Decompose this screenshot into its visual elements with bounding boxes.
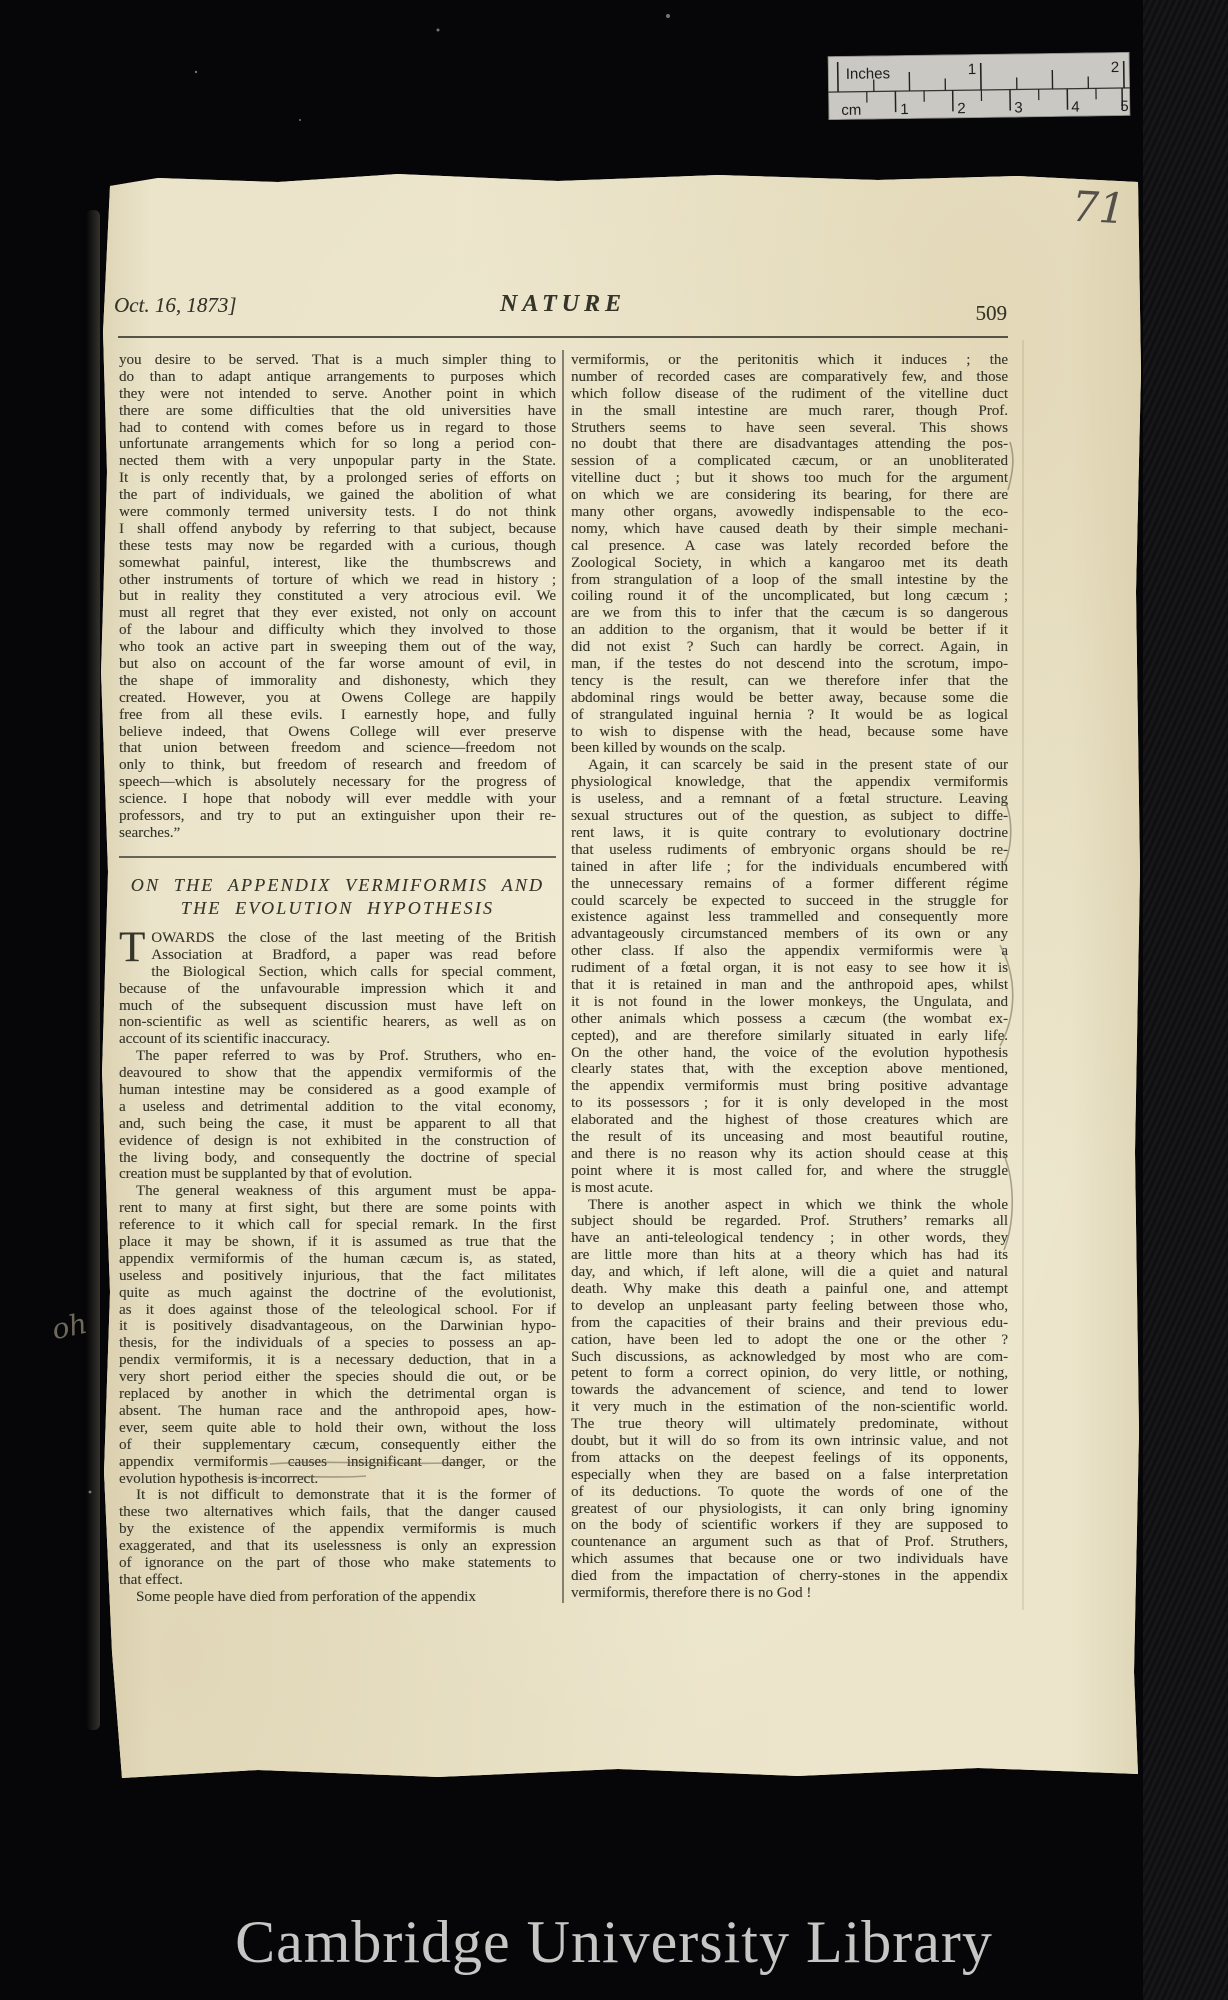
text-line: human intestine may be considered as a g… bbox=[119, 1082, 556, 1099]
paragraph: The paper referred to was by Prof. Strut… bbox=[119, 1048, 556, 1183]
text-line: absent. The human race and the anthropoi… bbox=[119, 1403, 556, 1420]
text-line: and there is no reason why its action sh… bbox=[571, 1146, 1008, 1163]
handwritten-folio-number: 71 bbox=[1071, 182, 1127, 234]
paragraph: TOWARDS the close of the last meeting of… bbox=[119, 930, 556, 1048]
paragraph: you desire to be served. That is a much … bbox=[119, 352, 556, 842]
text-line: The paper referred to was by Prof. Strut… bbox=[119, 1048, 556, 1065]
text-line: believe indeed, that Owens College will … bbox=[119, 724, 556, 741]
text-line: tained in after life ; for the individua… bbox=[571, 859, 1008, 876]
text-line: from strangulation of a loop of the smal… bbox=[571, 572, 1008, 589]
text-line: they were not intended to serve. Another… bbox=[119, 386, 556, 403]
text-line: abdominal rings would be better away, be… bbox=[571, 690, 1008, 707]
text-line: evolution hypothesis is incorrect. bbox=[119, 1471, 556, 1488]
ruler-cm-5: 5 bbox=[1120, 98, 1129, 115]
text-line: that union between freedom and science—f… bbox=[119, 740, 556, 757]
ruler-cm-2: 2 bbox=[957, 100, 966, 117]
text-line: which follow disease of the rudiment of … bbox=[571, 386, 1008, 403]
text-line: subject should be regarded. Prof. Struth… bbox=[571, 1213, 1008, 1230]
dust-speck bbox=[666, 14, 670, 18]
text-line: The general weakness of this argument mu… bbox=[119, 1183, 556, 1200]
text-line: rent laws, it is quite contrary to evolu… bbox=[571, 825, 1008, 842]
article-heading-line2: THE EVOLUTION HYPOTHESIS bbox=[119, 897, 556, 920]
article-right-column: vermiformis, or the peritonitis which it… bbox=[571, 352, 1008, 1602]
text-line: a useless and detrimental addition to th… bbox=[119, 1099, 556, 1116]
text-line: were commonly termed university tests. I… bbox=[119, 504, 556, 521]
text-line: towards the advancement of science, and … bbox=[571, 1382, 1008, 1399]
text-line: useless and positively injurious, that t… bbox=[119, 1268, 556, 1285]
text-line: evidence of design is not exhibited in t… bbox=[119, 1133, 556, 1150]
text-line: elaborated and the highest of those crea… bbox=[571, 1112, 1008, 1129]
text-line: but in reality they constituted a very a… bbox=[119, 588, 556, 605]
text-line: Zoological Society, in which a kangaroo … bbox=[571, 555, 1008, 572]
handwritten-margin-note: oh bbox=[49, 1307, 90, 1347]
text-line: created. However, you at Owens College a… bbox=[119, 690, 556, 707]
text-line: rent to many at first sight, but there a… bbox=[119, 1200, 556, 1217]
text-line: non-scientific as well as scientific hea… bbox=[119, 1014, 556, 1031]
text-line: cepted), and are therefore similarly sit… bbox=[571, 1028, 1008, 1045]
paragraph: vermiformis, or the peritonitis which it… bbox=[571, 352, 1008, 757]
text-line: OWARDS the close of the last meeting of … bbox=[151, 930, 556, 947]
article-heading-line1: ON THE APPENDIX VERMIFORMIS AND bbox=[119, 874, 556, 897]
text-line: very short period either the species sho… bbox=[119, 1369, 556, 1386]
text-line: There is another aspect in which we thin… bbox=[571, 1197, 1008, 1214]
text-line: vermiformis, or the peritonitis which it… bbox=[571, 352, 1008, 369]
text-line: the shape of immorality and dishonesty, … bbox=[119, 673, 556, 690]
text-line: I shall offend anybody by referring to t… bbox=[119, 521, 556, 538]
text-line: advantageously circumstanced members of … bbox=[571, 926, 1008, 943]
text-line: vitelline duct ; but it shows too much f… bbox=[571, 470, 1008, 487]
text-line: of their supplementary cæcum, consequent… bbox=[119, 1437, 556, 1454]
text-line: from the capacities of their brains and … bbox=[571, 1315, 1008, 1332]
text-line: but also on account of the far worse amo… bbox=[119, 656, 556, 673]
text-line: It is only recently that, by a prolonged… bbox=[119, 470, 556, 487]
text-line: Some people have died from perforation o… bbox=[119, 1589, 556, 1606]
text-line: creation must be supplanted by that of e… bbox=[119, 1166, 556, 1183]
text-line: cal presence. A case was lately recorded… bbox=[571, 538, 1008, 555]
text-line: death. Why make this death a painful one… bbox=[571, 1281, 1008, 1298]
text-line: pendix vermiformis, it is a necessary de… bbox=[119, 1352, 556, 1369]
text-line: free from all these evils. I earnestly h… bbox=[119, 707, 556, 724]
text-line: these tests may now be regarded with a c… bbox=[119, 538, 556, 555]
text-line: could scarcely be expected to succeed in… bbox=[571, 893, 1008, 910]
text-line: rudiment of a fœtal organ, it is not eas… bbox=[571, 960, 1008, 977]
text-line: speech—which is absolutely necessary for… bbox=[119, 774, 556, 791]
measurement-ruler: Inches 1 2 cm 1 2 3 4 5 bbox=[828, 52, 1131, 120]
article-left-column: TOWARDS the close of the last meeting of… bbox=[119, 930, 556, 1606]
text-line: is most acute. bbox=[571, 1180, 1008, 1197]
text-line: the unnecessary remains of a former diff… bbox=[571, 876, 1008, 893]
ruler-inch-2: 2 bbox=[1111, 59, 1120, 76]
text-line: somewhat painful, interest, like the thu… bbox=[119, 555, 556, 572]
text-line: appendix vermiformis of the human cæcum … bbox=[119, 1251, 556, 1268]
text-line: had to contend with comes before us in r… bbox=[119, 420, 556, 437]
paragraph: The general weakness of this argument mu… bbox=[119, 1183, 556, 1487]
text-line: in the small intestine are much rarer, t… bbox=[571, 403, 1008, 420]
text-line: you desire to be served. That is a much … bbox=[119, 352, 556, 369]
text-line: science. I hope that nobody will ever me… bbox=[119, 791, 556, 808]
text-line: to wish to dispense with the head, becau… bbox=[571, 724, 1008, 741]
text-line: on which we are considering its bearing,… bbox=[571, 487, 1008, 504]
text-line: Again, it can scarcely be said in the pr… bbox=[571, 757, 1008, 774]
text-line: vermiformis, therefore there is no God ! bbox=[571, 1585, 1008, 1602]
text-line: there are some difficulties that the old… bbox=[119, 403, 556, 420]
text-line: these two alternatives which fails, that… bbox=[119, 1504, 556, 1521]
journal-page-number: 509 bbox=[953, 301, 1007, 326]
text-line: have an anti-teleological tendency ; in … bbox=[571, 1230, 1008, 1247]
text-line: cation, have been led to adopt the one o… bbox=[571, 1332, 1008, 1349]
text-line: quite as much against the doctrine of th… bbox=[119, 1285, 556, 1302]
book-page-edge bbox=[86, 210, 100, 1730]
ruler-cm-1: 1 bbox=[900, 101, 909, 118]
text-line: existence against less trammelled and co… bbox=[571, 909, 1008, 926]
text-line: are little more than hits at a theory wh… bbox=[571, 1247, 1008, 1264]
text-line: nomy, which have caused death by their s… bbox=[571, 521, 1008, 538]
text-line: other animals which possess a cæcum (the… bbox=[571, 1011, 1008, 1028]
text-line: nected them with a very unpopular party … bbox=[119, 453, 556, 470]
text-line: professors, and try to put an extinguish… bbox=[119, 808, 556, 825]
article-separator-rule bbox=[119, 856, 556, 858]
text-line: been killed by wounds on the scalp. bbox=[571, 740, 1008, 757]
text-line: from attacks on the deepest feelings of … bbox=[571, 1450, 1008, 1467]
text-line: other instruments of torture of which we… bbox=[119, 572, 556, 589]
article-heading: ON THE APPENDIX VERMIFORMIS AND THE EVOL… bbox=[119, 874, 556, 920]
text-line: of the labour and difficulty which they … bbox=[119, 622, 556, 639]
text-line: that it is retained in man and the anthr… bbox=[571, 977, 1008, 994]
text-line: died from the impactation of cherry-ston… bbox=[571, 1568, 1008, 1585]
text-line: session of a complicated cæcum, or an un… bbox=[571, 453, 1008, 470]
text-line: Such discussions, as acknowledged by mos… bbox=[571, 1349, 1008, 1366]
ruler-cm-4: 4 bbox=[1071, 99, 1080, 116]
text-line: only to think, but freedom of research a… bbox=[119, 757, 556, 774]
text-line: coiling round it of the uncomplicated, b… bbox=[571, 588, 1008, 605]
text-line: that effect. bbox=[119, 1572, 556, 1589]
text-line: much of the subsequent discussion must h… bbox=[119, 998, 556, 1015]
text-line: exaggerated, and that its uselessness is… bbox=[119, 1538, 556, 1555]
text-line: clearly states that, with the exception … bbox=[571, 1061, 1008, 1078]
text-line: On the other hand, the voice of the evol… bbox=[571, 1045, 1008, 1062]
text-line: because of the unfavourable impression w… bbox=[119, 981, 556, 998]
text-line: number of recorded cases are comparative… bbox=[571, 369, 1008, 386]
text-line: Association at Bradford, a paper was rea… bbox=[151, 947, 556, 964]
column-divider-rule bbox=[562, 350, 564, 1603]
text-line: especially when they are based on a fals… bbox=[571, 1467, 1008, 1484]
text-line: account of its scientific inaccuracy. bbox=[119, 1031, 556, 1048]
text-line: day, and which, if left alone, will die … bbox=[571, 1264, 1008, 1281]
text-line: to develop an unpleasant party feeling b… bbox=[571, 1298, 1008, 1315]
text-line: tency is the result, can we therefore in… bbox=[571, 673, 1008, 690]
paragraph: Some people have died from perforation o… bbox=[119, 1589, 556, 1606]
paragraph: Again, it can scarcely be said in the pr… bbox=[571, 757, 1008, 1196]
text-line: the Biological Section, which calls for … bbox=[151, 964, 556, 981]
text-line: physiological knowledge, that the append… bbox=[571, 774, 1008, 791]
dust-speck bbox=[299, 119, 301, 121]
text-line: the part of individuals, we gained the a… bbox=[119, 487, 556, 504]
left-column-top: you desire to be served. That is a much … bbox=[119, 352, 556, 842]
dust-speck bbox=[437, 29, 440, 32]
text-line: it very much in the estimation of the no… bbox=[571, 1399, 1008, 1416]
text-line: other class. If also the appendix vermif… bbox=[571, 943, 1008, 960]
paragraph: There is another aspect in which we thin… bbox=[571, 1197, 1008, 1602]
text-line: by the existence of the appendix vermifo… bbox=[119, 1521, 556, 1538]
text-line: of strangulated inguinal hernia ? It wou… bbox=[571, 707, 1008, 724]
text-line: ever, seem quite able to hold their own,… bbox=[119, 1420, 556, 1437]
text-line: that useless rudiments of embryonic orga… bbox=[571, 842, 1008, 859]
ruler-inches-label: Inches bbox=[846, 65, 890, 83]
text-line: who took an active part in sweeping them… bbox=[119, 639, 556, 656]
text-line: and, such being the case, it must be app… bbox=[119, 1116, 556, 1133]
text-line: doubt, but it will do so from its own in… bbox=[571, 1433, 1008, 1450]
text-line: which assumes that because one or two in… bbox=[571, 1551, 1008, 1568]
text-line: do than to adapt antique arrangements to… bbox=[119, 369, 556, 386]
text-line: place it may be shown, if it is assumed … bbox=[119, 1234, 556, 1251]
text-line: petent to form a correct opinion, do ver… bbox=[571, 1365, 1008, 1382]
text-line: as it does against those of the teleolog… bbox=[119, 1302, 556, 1319]
text-line: countenance an argument such as that of … bbox=[571, 1534, 1008, 1551]
text-line: reference to it which call for special r… bbox=[119, 1217, 556, 1234]
library-stamp: Cambridge University Library bbox=[0, 1908, 1228, 1977]
text-line: It is not difficult to demonstrate that … bbox=[119, 1487, 556, 1504]
ruler-cm-3: 3 bbox=[1014, 99, 1023, 116]
text-line: point where it is most called for, and w… bbox=[571, 1163, 1008, 1180]
text-line: did not exist ? Such can hardly be corre… bbox=[571, 639, 1008, 656]
text-line: searches.” bbox=[119, 825, 556, 842]
text-line: sexual structures out of the question, a… bbox=[571, 808, 1008, 825]
text-line: unfortunate arrangements which for so lo… bbox=[119, 436, 556, 453]
scanned-page-photograph: { "library_stamp": "Cambridge University… bbox=[0, 0, 1228, 2000]
drop-cap: T bbox=[119, 930, 151, 964]
text-line: is useless, and a remnant of a fœtal str… bbox=[571, 791, 1008, 808]
paragraph: It is not difficult to demonstrate that … bbox=[119, 1487, 556, 1588]
text-line: thesis, for the individuals of a species… bbox=[119, 1335, 556, 1352]
text-line: the result of its unceasing and most bea… bbox=[571, 1129, 1008, 1146]
text-line: deavoured to show that the appendix verm… bbox=[119, 1065, 556, 1082]
text-line: it is positively disadvantageous, on the… bbox=[119, 1318, 556, 1335]
text-line: an addition to the organism, that it wou… bbox=[571, 622, 1008, 639]
text-line: many other organs, avowedly indispensabl… bbox=[571, 504, 1008, 521]
text-line: of its deductions. To quote the words of… bbox=[571, 1484, 1008, 1501]
text-line: replaced by another in which the detrime… bbox=[119, 1386, 556, 1403]
text-line: Struthers seems to have seen several. Th… bbox=[571, 420, 1008, 437]
text-line: greatest of our physiologists, it can on… bbox=[571, 1501, 1008, 1518]
text-line: the appendix vermiformis must bring posi… bbox=[571, 1078, 1008, 1095]
paper-crease bbox=[1022, 340, 1024, 1610]
text-line: the living body, and consequently the do… bbox=[119, 1150, 556, 1167]
text-line: man, if the testes do not descend into t… bbox=[571, 656, 1008, 673]
text-line: The true theory will ultimately predomin… bbox=[571, 1416, 1008, 1433]
ruler-cm-label: cm bbox=[841, 102, 861, 119]
text-line: of ignorance on the part of those who ma… bbox=[119, 1555, 556, 1572]
header-rule bbox=[118, 336, 1008, 338]
dust-speck bbox=[195, 71, 197, 73]
text-line: must all regret that they ever existed, … bbox=[119, 605, 556, 622]
text-line: it is not found in the lower monkeys, th… bbox=[571, 994, 1008, 1011]
text-line: are we from this to infer that the cæcum… bbox=[571, 605, 1008, 622]
text-line: no doubt that there are disadvantages at… bbox=[571, 436, 1008, 453]
cloth-backdrop bbox=[1143, 0, 1228, 2000]
text-line: on the body of scientific workers if the… bbox=[571, 1517, 1008, 1534]
journal-title: NATURE bbox=[119, 291, 1007, 318]
text-line: to its possessors ; for it is only devel… bbox=[571, 1095, 1008, 1112]
text-line: appendix vermiformis causes insignifican… bbox=[119, 1454, 556, 1471]
ruler-inch-1: 1 bbox=[968, 61, 977, 78]
